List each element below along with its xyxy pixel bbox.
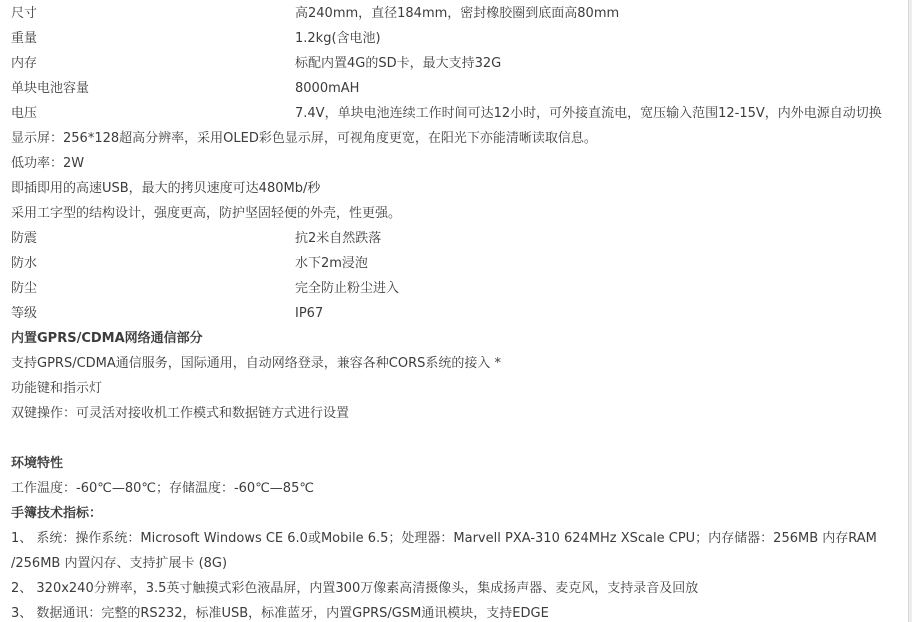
spec-value: 8000mAH <box>295 76 897 101</box>
spec-paragraph: 3、 数据通讯：完整的RS232，标准USB，标准蓝牙，内置GPRS/GSM通讯… <box>0 601 897 622</box>
spec-paragraph: 支持GPRS/CDMA通信服务，国际通用，自动网络登录，兼容各种CORS系统的接… <box>0 351 897 376</box>
section-heading: 环境特性 <box>0 451 897 476</box>
spec-paragraph: 显示屏：256*128超高分辨率，采用OLED彩色显示屏，可视角度更宽，在阳光下… <box>0 126 897 151</box>
spec-paragraph: 1、 系统：操作系统：Microsoft Windows CE 6.0或Mobi… <box>0 526 897 576</box>
spec-label: 防尘 <box>11 276 295 301</box>
spec-label: 尺寸 <box>11 1 295 26</box>
spec-row: 防震抗2米自然跌落 <box>0 226 897 251</box>
section-heading: 手簿技术指标： <box>0 501 897 526</box>
spec-paragraph: 即插即用的高速USB，最大的拷贝速度可达480Mb/秒 <box>0 176 897 201</box>
spec-label: 防震 <box>11 226 295 251</box>
spec-value: IP67 <box>295 301 897 326</box>
spec-value: 水下2m浸泡 <box>295 251 897 276</box>
spec-value: 标配内置4G的SD卡，最大支持32G <box>295 51 897 76</box>
content-right-border <box>908 0 912 622</box>
spec-row: 重量1.2kg(含电池) <box>0 26 897 51</box>
spec-label: 电压 <box>11 101 295 126</box>
spec-value: 1.2kg(含电池) <box>295 26 897 51</box>
spec-row: 尺寸高240mm，直径184mm，密封橡胶圈到底面高80mm <box>0 1 897 26</box>
spec-label: 防水 <box>11 251 295 276</box>
spec-label: 单块电池容量 <box>11 76 295 101</box>
spec-paragraph: 低功率：2W <box>0 151 897 176</box>
spec-row: 单块电池容量8000mAH <box>0 76 897 101</box>
spec-row: 防尘完全防止粉尘进入 <box>0 276 897 301</box>
spec-paragraph: 功能键和指示灯 <box>0 376 897 401</box>
spec-row: 内存标配内置4G的SD卡，最大支持32G <box>0 51 897 76</box>
spec-value: 7.4V，单块电池连续工作时间可达12小时，可外接直流电，宽压输入范围12-15… <box>295 101 897 126</box>
spec-table: 尺寸高240mm，直径184mm，密封橡胶圈到底面高80mm重量1.2kg(含电… <box>0 1 897 622</box>
section-heading: 内置GPRS/CDMA网络通信部分 <box>0 326 897 351</box>
spec-row: 防水水下2m浸泡 <box>0 251 897 276</box>
spec-value: 完全防止粉尘进入 <box>295 276 897 301</box>
spacer-row <box>0 426 897 451</box>
spec-row: 电压7.4V，单块电池连续工作时间可达12小时，可外接直流电，宽压输入范围12-… <box>0 101 897 126</box>
spec-label: 重量 <box>11 26 295 51</box>
spec-label: 等级 <box>11 301 295 326</box>
spec-value: 高240mm，直径184mm，密封橡胶圈到底面高80mm <box>295 1 897 26</box>
spec-paragraph: 2、 320x240分辨率，3.5英寸触摸式彩色液晶屏，内置300万像素高清摄像… <box>0 576 897 601</box>
spec-paragraph: 双键操作：可灵活对接收机工作模式和数据链方式进行设置 <box>0 401 897 426</box>
spec-value: 抗2米自然跌落 <box>295 226 897 251</box>
spec-label: 内存 <box>11 51 295 76</box>
spec-paragraph: 工作温度：-60℃—80℃；存储温度：-60℃—85℃ <box>0 476 897 501</box>
spec-paragraph: 采用工字型的结构设计，强度更高，防护坚固轻便的外壳，性更强。 <box>0 201 897 226</box>
spec-row: 等级IP67 <box>0 301 897 326</box>
